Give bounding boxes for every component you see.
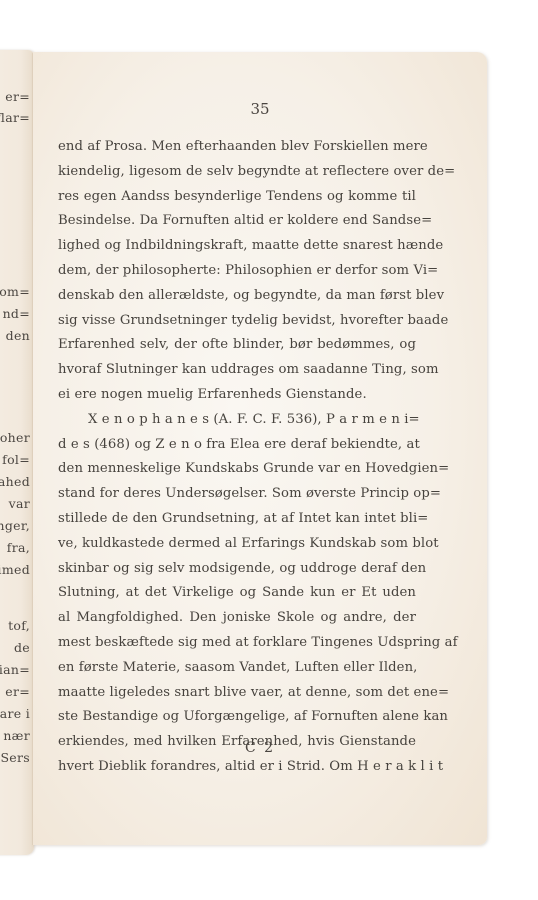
right-page: 35 end af Prosa. Men efterhaanden blev F…	[33, 52, 487, 845]
text-line: dem, der philosopherte: Philosophien er …	[58, 259, 416, 284]
text-line: lighed og Indbildningskraft, maatte dett…	[58, 234, 416, 259]
left-page-text-fragment: om=	[0, 284, 30, 299]
text-line: Besindelse. Da Fornuften altid er kolder…	[58, 209, 416, 234]
left-page-text-fragment: fol=	[2, 452, 30, 467]
left-page-text-fragment: var	[9, 496, 30, 511]
text-line: maatte ligeledes snart blive vaer, at de…	[58, 681, 416, 706]
text-line: ei ere nogen muelig Erfarenheds Gienstan…	[58, 383, 416, 408]
left-page-text-fragment: Sers	[0, 750, 30, 765]
text-line: al Mangfoldighed. Den joniske Skole og a…	[58, 606, 416, 631]
text-line: res egen Aandss besynderlige Tendens og …	[58, 185, 416, 210]
left-page-text-fragment: tof,	[8, 618, 30, 633]
text-line: Erfarenhed selv, der ofte blinder, bør b…	[58, 333, 416, 358]
left-page-text-fragment: are i	[0, 706, 30, 721]
left-page-text-fragment: oher	[0, 430, 30, 445]
text-line: sig visse Grundsetninger tydelig bevidst…	[58, 309, 416, 334]
page-number: 35	[33, 100, 487, 118]
left-page-text-fragment: nær	[3, 728, 30, 743]
left-page-text-fragment: fra,	[7, 540, 30, 555]
text-line: hvoraf Slutninger kan uddrages om saadan…	[58, 358, 416, 383]
text-line: skinbar og sig selv modsigende, og uddro…	[58, 557, 416, 582]
left-page-text-fragment: den	[6, 328, 30, 343]
left-page-text-fragment: de	[14, 640, 30, 655]
text-line: hvert Dieblik forandres, altid er i Stri…	[58, 755, 416, 780]
text-line: kiendelig, ligesom de selv begyndte at r…	[58, 160, 416, 185]
left-page-text-fragment: ahed	[0, 474, 30, 489]
left-page-text-fragment: er=	[5, 684, 30, 699]
left-page-text-fragment: ian=	[0, 662, 30, 677]
left-page-text-fragment: imed	[0, 562, 30, 577]
signature-mark: C 2	[33, 740, 487, 756]
text-line: denskab den allerældste, og begyndte, da…	[58, 284, 416, 309]
text-line: end af Prosa. Men efterhaanden blev Fors…	[58, 135, 416, 160]
text-line: den menneskelige Kundskabs Grunde var en…	[58, 457, 416, 482]
left-page-edge: er=flar=om=nd=denoherfol=ahedvarnger,fra…	[0, 50, 34, 855]
text-line: ve, kuldkastede dermed al Erfarings Kund…	[58, 532, 416, 557]
left-page-text-fragment: nd=	[3, 306, 30, 321]
left-page-text-fragment: flar=	[0, 110, 30, 125]
text-line: en første Materie, saasom Vandet, Luften…	[58, 656, 416, 681]
text-line: X e n o p h a n e s (A. F. C. F. 536), P…	[58, 408, 416, 433]
left-page-text-fragment: nger,	[0, 518, 30, 533]
text-line: mest beskæftede sig med at forklare Ting…	[58, 631, 416, 656]
left-page-text-fragment: er=	[5, 89, 30, 104]
text-line: stand for deres Undersøgelser. Som øvers…	[58, 482, 416, 507]
text-line: ste Bestandige og Uforgængelige, af Forn…	[58, 705, 416, 730]
text-line: Slutning, at det Virkelige og Sande kun …	[58, 581, 416, 606]
text-line: stillede de den Grundsetning, at af Inte…	[58, 507, 416, 532]
text-line: d e s (468) og Z e n o fra Elea ere dera…	[58, 433, 416, 458]
body-text: end af Prosa. Men efterhaanden blev Fors…	[58, 135, 416, 780]
